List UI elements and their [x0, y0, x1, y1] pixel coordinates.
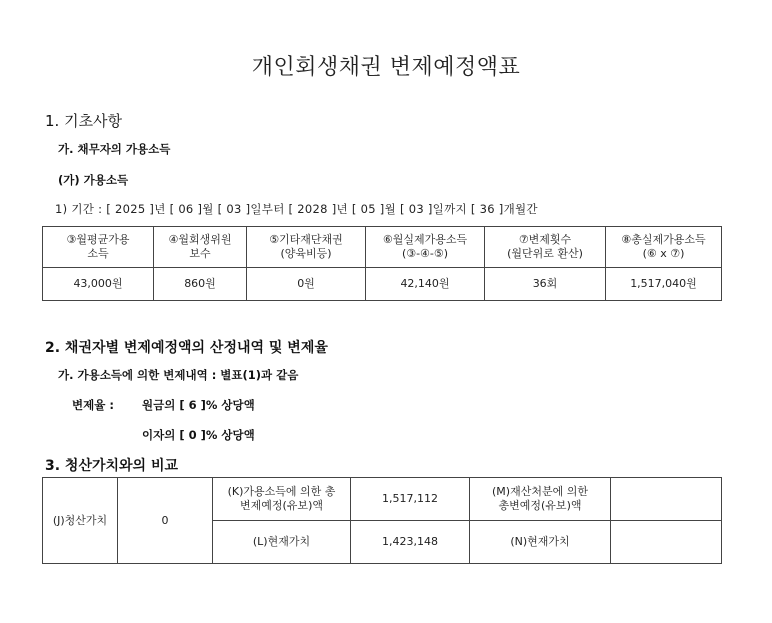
value-other-claims: 0원: [247, 268, 366, 301]
asset-disposal-repayment-label: (M)재산처분에 의한총변예정(유보)액: [470, 478, 611, 521]
value-repayment-count: 36회: [485, 268, 606, 301]
present-value-l-label: (L)현재가치: [213, 521, 351, 564]
value-total-actual-income: 1,517,040원: [606, 268, 722, 301]
total-repayment-label: (K)가용소득에 의한 총변제예정(유보)액: [213, 478, 351, 521]
header-repayment-count: ⑦변제횟수(월단위로 환산): [485, 227, 606, 268]
liquidation-row-1: (J)청산가치 0 (K)가용소득에 의한 총변제예정(유보)액 1,517,1…: [43, 478, 722, 521]
liquidation-value-label: (J)청산가치: [43, 478, 118, 564]
section1-heading: 1. 기초사항: [45, 110, 122, 131]
header-total-actual-income: ⑧총실제가용소득(⑥ x ⑦): [606, 227, 722, 268]
present-value-n: [611, 521, 722, 564]
repayment-rate-label: 변제율 :: [72, 397, 114, 413]
header-trustee-fee: ④월회생위원보수: [154, 227, 247, 268]
present-value-l: 1,423,148: [351, 521, 470, 564]
document-title: 개인회생채권 변제예정액표: [0, 50, 772, 81]
section1-sub-a: 가. 채무자의 가용소득: [58, 141, 170, 157]
value-monthly-avg-income: 43,000원: [43, 268, 154, 301]
header-monthly-avg-income: ③월평균가용소득: [43, 227, 154, 268]
section2-sub-a: 가. 가용소득에 의한 변제내역 : 별표(1)과 같음: [58, 367, 298, 383]
section3-heading: 3. 청산가치와의 비교: [45, 455, 178, 475]
interest-rate: 이자의 [ 0 ]% 상당액: [142, 427, 255, 443]
value-trustee-fee: 860원: [154, 268, 247, 301]
principal-rate: 원금의 [ 6 ]% 상당액: [142, 397, 255, 413]
liquidation-comparison-table: (J)청산가치 0 (K)가용소득에 의한 총변제예정(유보)액 1,517,1…: [42, 477, 722, 564]
period-line: 1) 기간 : [ 2025 ]년 [ 06 ]월 [ 03 ]일부터 [ 20…: [55, 201, 538, 217]
header-other-claims: ⑤기타재단채권(양육비등): [247, 227, 366, 268]
liquidation-value: 0: [118, 478, 213, 564]
section2-heading: 2. 채권자별 변제예정액의 산정내역 및 변제율: [45, 337, 328, 357]
header-monthly-actual-income: ⑥월실제가용소득(③-④-⑤): [366, 227, 485, 268]
income-table-value-row: 43,000원 860원 0원 42,140원 36회 1,517,040원: [43, 268, 722, 301]
value-monthly-actual-income: 42,140원: [366, 268, 485, 301]
income-table: ③월평균가용소득 ④월회생위원보수 ⑤기타재단채권(양육비등) ⑥월실제가용소득…: [42, 226, 722, 301]
total-repayment-value: 1,517,112: [351, 478, 470, 521]
section1-sub-a1: (가) 가용소득: [58, 172, 128, 188]
asset-disposal-repayment-value: [611, 478, 722, 521]
present-value-n-label: (N)현재가치: [470, 521, 611, 564]
income-table-header-row: ③월평균가용소득 ④월회생위원보수 ⑤기타재단채권(양육비등) ⑥월실제가용소득…: [43, 227, 722, 268]
